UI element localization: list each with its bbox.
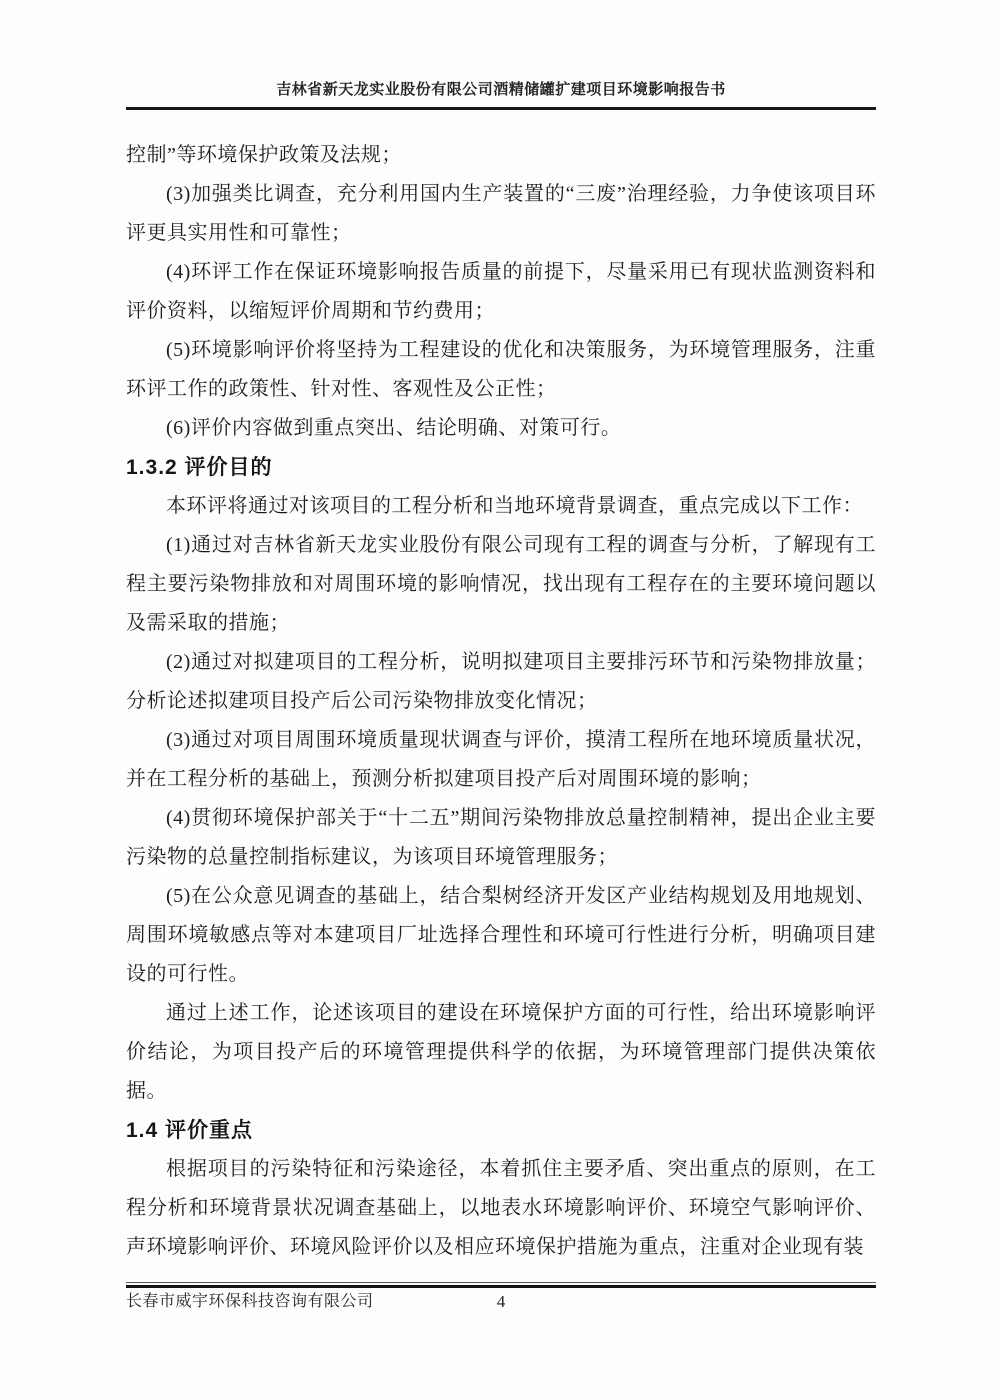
paragraph: (5)环境影响评价将坚持为工程建设的优化和决策服务，为环境管理服务，注重环评工作… — [126, 331, 876, 409]
paragraph: 本环评将通过对该项目的工程分析和当地环境背景调查，重点完成以下工作： — [126, 487, 876, 526]
document-body: 控制”等环境保护政策及法规； (3)加强类比调查，充分利用国内生产装置的“三废”… — [126, 136, 876, 1267]
footer-rule-thin — [126, 1282, 876, 1283]
footer-rule-thick — [126, 1285, 876, 1288]
running-head-title: 吉林省新天龙实业股份有限公司酒精储罐扩建项目环境影响报告书 — [126, 80, 876, 100]
paragraph: 通过上述工作，论述该项目的建设在环境保护方面的可行性，给出环境影响评价结论，为项… — [126, 994, 876, 1111]
section-heading-1-3-2: 1.3.2 评价目的 — [126, 448, 876, 487]
paragraph: 控制”等环境保护政策及法规； — [126, 136, 876, 175]
paragraph: (2)通过对拟建项目的工程分析，说明拟建项目主要排污环节和污染物排放量；分析论述… — [126, 643, 876, 721]
paragraph: (3)加强类比调查，充分利用国内生产装置的“三废”治理经验，力争使该项目环评更具… — [126, 175, 876, 253]
page-footer: 长春市威宇环保科技咨询有限公司 4 — [126, 1282, 876, 1313]
page-number: 4 — [126, 1291, 876, 1313]
paragraph: (5)在公众意见调查的基础上，结合梨树经济开发区产业结构规划及用地规划、周围环境… — [126, 877, 876, 994]
paragraph: (6)评价内容做到重点突出、结论明确、对策可行。 — [126, 409, 876, 448]
footer-row: 长春市威宇环保科技咨询有限公司 4 — [126, 1291, 876, 1313]
section-heading-1-4: 1.4 评价重点 — [126, 1111, 876, 1150]
paragraph: (4)贯彻环境保护部关于“十二五”期间污染物排放总量控制精神，提出企业主要污染物… — [126, 799, 876, 877]
paragraph: (4)环评工作在保证环境影响报告质量的前提下，尽量采用已有现状监测资料和评价资料… — [126, 253, 876, 331]
report-page: 吉林省新天龙实业股份有限公司酒精储罐扩建项目环境影响报告书 控制”等环境保护政策… — [0, 0, 1000, 1400]
header-rule — [126, 107, 876, 110]
paragraph: (3)通过对项目周围环境质量现状调查与评价，摸清工程所在地环境质量状况，并在工程… — [126, 721, 876, 799]
paragraph: (1)通过对吉林省新天龙实业股份有限公司现有工程的调查与分析，了解现有工程主要污… — [126, 526, 876, 643]
paragraph: 根据项目的污染特征和污染途径，本着抓住主要矛盾、突出重点的原则，在工程分析和环境… — [126, 1150, 876, 1267]
page-header: 吉林省新天龙实业股份有限公司酒精储罐扩建项目环境影响报告书 — [126, 80, 876, 110]
